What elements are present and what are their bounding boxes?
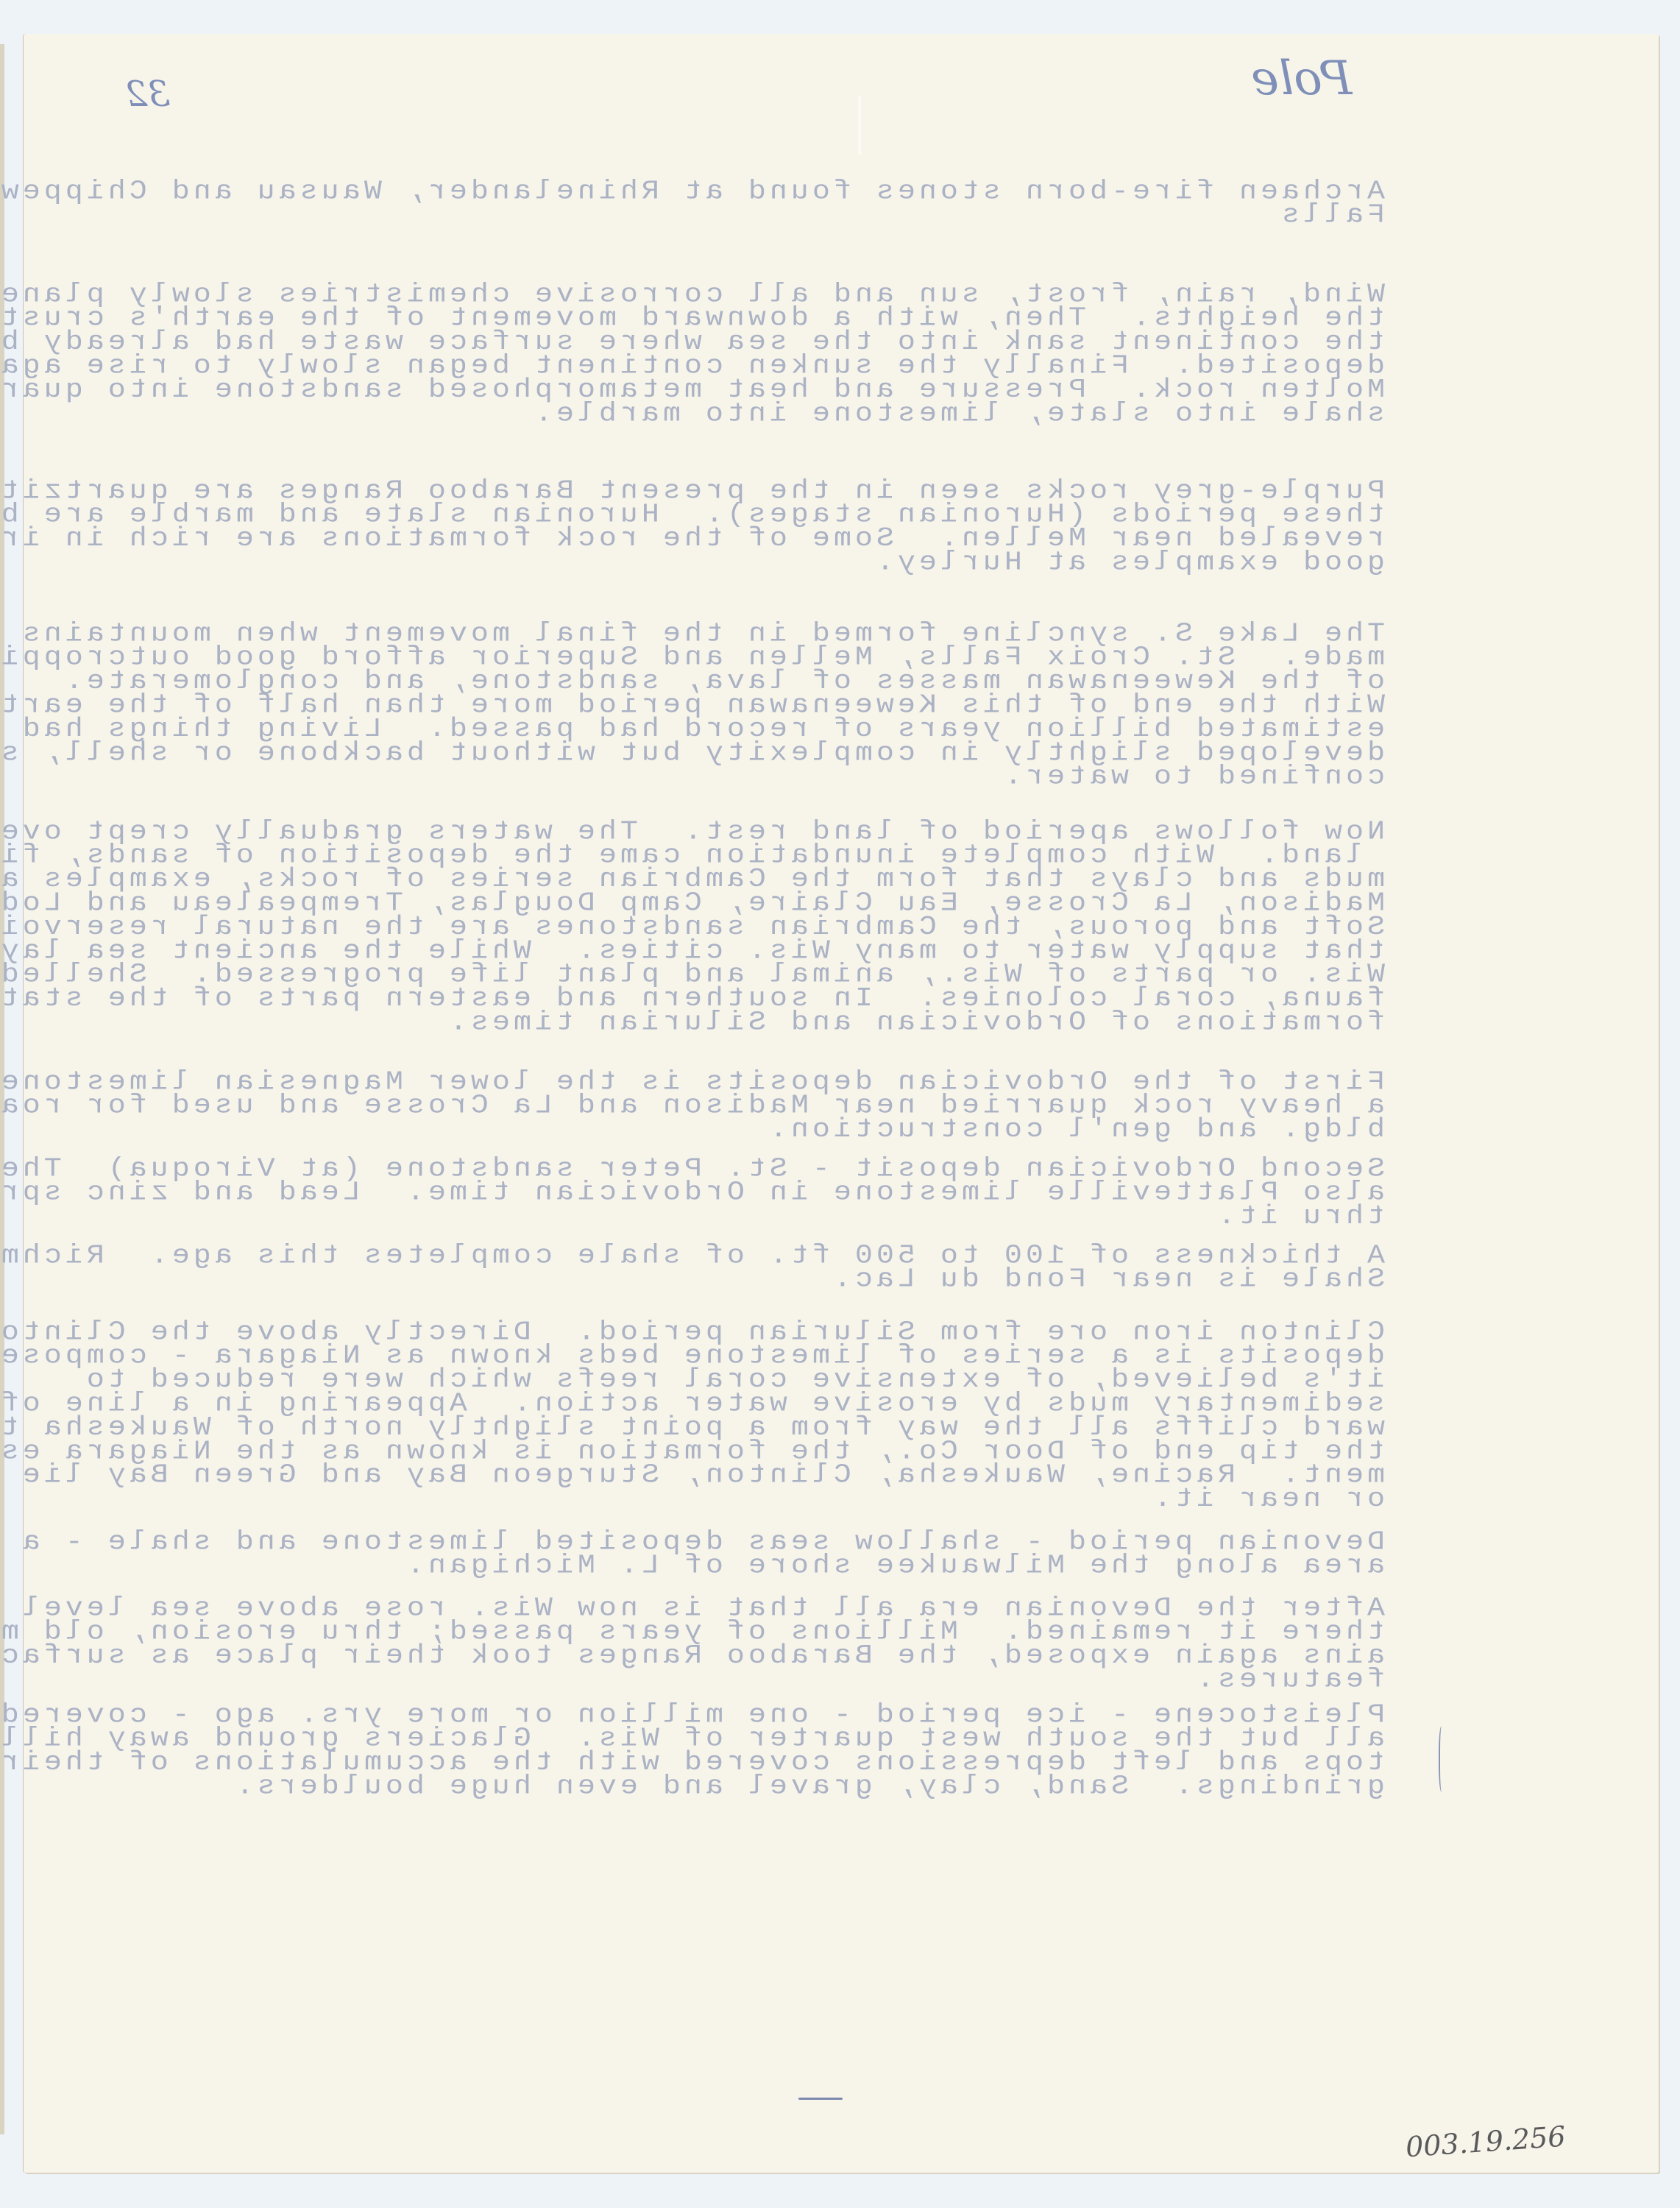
text-line: Shale is near Fond du Lac.	[44, 1268, 1385, 1292]
paragraph: Clinton iron ore from Silurian period. D…	[44, 1321, 1385, 1512]
text-line: good examples at Hurley.	[44, 551, 1385, 575]
paragraph: The Lake S. syncline formed in the final…	[44, 623, 1385, 790]
paragraph: Pleistocene - ice period - one million o…	[44, 1704, 1385, 1800]
text-line: area along the Milwaukee shore of L. Mic…	[44, 1554, 1385, 1578]
text-line: also Platteville limestone in Ordovician…	[44, 1181, 1385, 1205]
paragraph: First of the Ordovician deposits is the …	[44, 1071, 1385, 1142]
text-line: or near it.	[44, 1488, 1385, 1512]
text-line: thru it.	[44, 1206, 1385, 1229]
paragraph: Second Ordovician deposit - St. Peter sa…	[44, 1158, 1385, 1229]
text-line: grindings. Sand, clay, gravel and even h…	[44, 1775, 1385, 1799]
text-line: Archaen fire-born stones found at Rhinel…	[44, 180, 1385, 204]
text-line: bldg. and gen'l construction.	[44, 1119, 1385, 1142]
text-line: Falls	[44, 204, 1385, 227]
paragraph: Archaen fire-born stones found at Rhinel…	[44, 180, 1385, 228]
paragraph: Now follows aperiod of land rest. The wa…	[44, 821, 1385, 1036]
paragraph: After the Devonian era all that is now W…	[44, 1597, 1385, 1693]
text-line: formations of Ordovician and Silurian ti…	[44, 1011, 1385, 1035]
mirrored-text-body: Archaen fire-born stones found at Rhinel…	[44, 0, 1385, 2208]
paragraph: Devonian period - shallow seas deposited…	[44, 1531, 1385, 1579]
paragraph: A thickness of 100 to 500 ft. of shale c…	[44, 1245, 1385, 1292]
text-line: confined to water.	[44, 765, 1385, 789]
text-line: shale into slate, limestone into marble.	[44, 403, 1385, 426]
paragraph: Wind, rain, frost, sun and all corrosive…	[44, 283, 1385, 426]
text-line: features.	[44, 1669, 1385, 1692]
text-line: ains again exposed, the Baraboo Ranges t…	[44, 1645, 1385, 1669]
handwritten-bracket	[1439, 1726, 1446, 1792]
paragraph: Purple-grey rocks seen in the present Ba…	[44, 480, 1385, 576]
